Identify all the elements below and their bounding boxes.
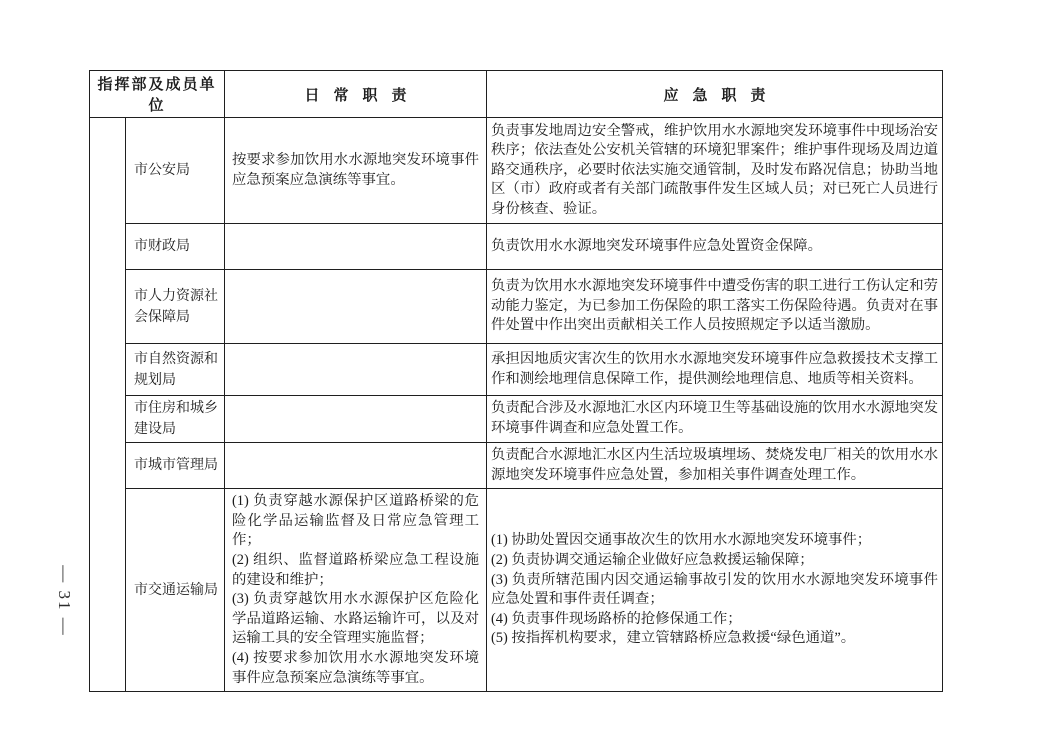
daily-duty — [225, 270, 487, 344]
daily-duty — [225, 344, 487, 396]
emergency-duty: 负责为饮用水水源地突发环境事件中遭受伤害的职工进行工伤认定和劳动能力鉴定，为已参… — [487, 270, 943, 344]
document-page: — 31 — 指挥部及成员单位 日常职责 应急职责 市公安局 按要求参加饮用水水… — [0, 0, 1059, 740]
table-row: 市公安局 按要求参加饮用水水源地突发环境事件应急预案应急演练等事宜。 负责事发地… — [90, 118, 943, 224]
unit-name: 市交通运输局 — [126, 489, 225, 692]
duty-table: 指挥部及成员单位 日常职责 应急职责 市公安局 按要求参加饮用水水源地突发环境事… — [89, 70, 943, 692]
table-row: 市住房和城乡建设局 负责配合涉及水源地汇水区内环境卫生等基础设施的饮用水水源地突… — [90, 396, 943, 443]
table-row: 市财政局 负责饮用水水源地突发环境事件应急处置资金保障。 — [90, 224, 943, 270]
emergency-duty: (1) 协助处置因交通事故次生的饮用水水源地突发环境事件； (2) 负责协调交通… — [487, 489, 943, 692]
unit-name: 市财政局 — [126, 224, 225, 270]
unit-name: 市人力资源社会保障局 — [126, 270, 225, 344]
daily-duty — [225, 224, 487, 270]
emergency-duty: 负责配合水源地汇水区内生活垃圾填埋场、焚烧发电厂相关的饮用水水源地突发环境事件应… — [487, 443, 943, 489]
emergency-duty: 承担因地质灾害次生的饮用水水源地突发环境事件应急救援技术支撑工作和测绘地理信息保… — [487, 344, 943, 396]
daily-duty: (1) 负责穿越水源保护区道路桥梁的危险化学品运输监督及日常应急管理工作； (2… — [225, 489, 487, 692]
unit-name: 市城市管理局 — [126, 443, 225, 489]
header-daily-duties: 日常职责 — [225, 71, 487, 118]
merged-spacer-cell — [90, 118, 126, 692]
emergency-duty: 负责事发地周边安全警戒，维护饮用水水源地突发环境事件中现场治安秩序；依法查处公安… — [487, 118, 943, 224]
table-row: 市城市管理局 负责配合水源地汇水区内生活垃圾填埋场、焚烧发电厂相关的饮用水水源地… — [90, 443, 943, 489]
header-emergency-duties: 应急职责 — [487, 71, 943, 118]
table-row: 市自然资源和规划局 承担因地质灾害次生的饮用水水源地突发环境事件应急救援技术支撑… — [90, 344, 943, 396]
unit-name: 市公安局 — [126, 118, 225, 224]
unit-name: 市住房和城乡建设局 — [126, 396, 225, 443]
emergency-duty: 负责饮用水水源地突发环境事件应急处置资金保障。 — [487, 224, 943, 270]
unit-name: 市自然资源和规划局 — [126, 344, 225, 396]
table-row: 市人力资源社会保障局 负责为饮用水水源地突发环境事件中遭受伤害的职工进行工伤认定… — [90, 270, 943, 344]
daily-duty — [225, 443, 487, 489]
table-row: 市交通运输局 (1) 负责穿越水源保护区道路桥梁的危险化学品运输监督及日常应急管… — [90, 489, 943, 692]
header-units: 指挥部及成员单位 — [90, 71, 225, 118]
page-number: — 31 — — [52, 561, 74, 641]
daily-duty — [225, 396, 487, 443]
daily-duty: 按要求参加饮用水水源地突发环境事件应急预案应急演练等事宜。 — [225, 118, 487, 224]
table-header-row: 指挥部及成员单位 日常职责 应急职责 — [90, 71, 943, 118]
emergency-duty: 负责配合涉及水源地汇水区内环境卫生等基础设施的饮用水水源地突发环境事件调查和应急… — [487, 396, 943, 443]
